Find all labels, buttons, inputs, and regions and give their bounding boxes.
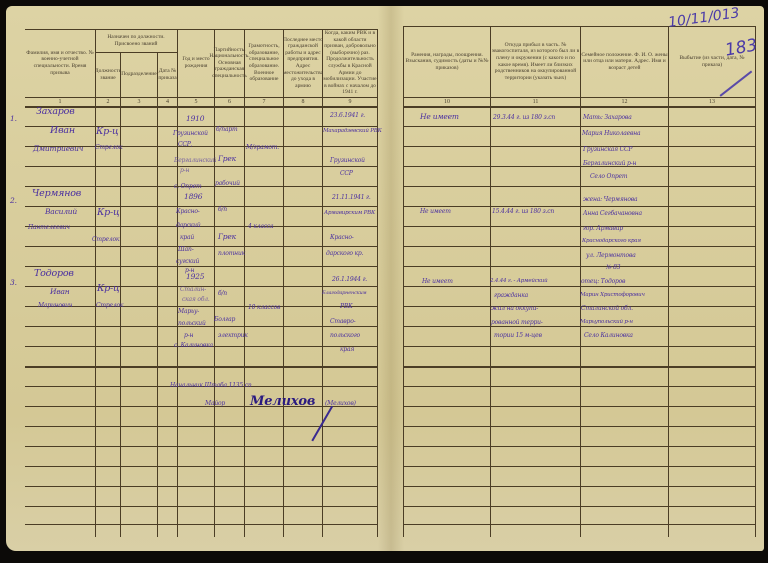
header-group-assignment: Назначен по должности. Присвоено званий	[96, 30, 176, 52]
col-number: 10	[404, 99, 490, 105]
family-address: № 83	[606, 264, 620, 271]
family-relation: отец: Тодоров	[581, 278, 625, 285]
unit: Стрелок	[95, 144, 122, 151]
header-col-3: Подразделение	[121, 53, 157, 96]
header-col-4: Дата № приказа	[158, 53, 177, 96]
patronymic: Пантелеевич	[28, 224, 70, 231]
surname: Захаров	[36, 106, 75, 117]
birth-place: Красно-	[176, 208, 200, 215]
family-name: Мария Николаевна	[582, 130, 640, 137]
col-number: 13	[669, 99, 755, 105]
first-name: Иван	[50, 125, 75, 136]
col-number: 4	[158, 99, 177, 105]
profession: плотник	[218, 250, 245, 257]
nationality: Болгар	[214, 316, 235, 323]
party: б/парт	[216, 126, 237, 133]
conscription-region: польского	[330, 332, 360, 339]
family-address: ул. Лермонтова	[586, 252, 636, 259]
conscription-office: Армавирским РВК	[324, 210, 375, 216]
birth-place: польский	[178, 320, 206, 327]
patronymic: Дмитриевич	[33, 144, 83, 153]
origin: 29.3.44 г. из 180 з.сп	[493, 114, 555, 121]
party: б/п	[218, 206, 227, 213]
origin: 2.4.44 г. - Армейский	[490, 278, 547, 284]
family-address: Село Калиновка	[584, 332, 633, 339]
family-address: Село Опрет	[590, 173, 627, 180]
position: Кр-ц	[96, 126, 118, 137]
family-address: Бергалинский р-н	[583, 160, 636, 167]
header-col-12: Семейное положение. Ф. И. О. жены или от…	[581, 27, 668, 96]
family-relation: жена: Чермянова	[583, 196, 637, 203]
birth-year: 1896	[184, 192, 202, 201]
origin: 15.4.44 г. из 180 з.сп	[492, 208, 554, 215]
conscription-office: РВК	[340, 303, 353, 310]
header-col-1: Фамилия, имя и отчество. № военно-учетно…	[26, 30, 94, 96]
header-col-11: Откуда прибыл в часть. № эвакогоспиталя,…	[491, 27, 580, 96]
birth-place: Шап-	[178, 246, 194, 253]
family-address: Марьупольский р-н	[580, 319, 633, 325]
col-number: 11	[491, 99, 580, 105]
conscription-region: ССР	[340, 170, 353, 177]
col-number: 3	[121, 99, 157, 105]
header-col-9: Когда, каким РВК и в какой области призв…	[323, 30, 377, 96]
conscription-region: края	[340, 346, 354, 353]
awards: Не имеет	[420, 112, 459, 121]
signature-scrawl: Мелихов	[250, 394, 315, 409]
birth-place: ская обл.	[182, 296, 210, 303]
family-address: Грузинская ССР	[583, 146, 632, 153]
first-name: Иван	[50, 287, 70, 296]
conscription-region: дарского кр.	[326, 250, 363, 257]
col-number: 9	[323, 99, 377, 105]
birth-place: край	[180, 234, 194, 241]
conscription-date: 21.11.1941 г.	[332, 194, 371, 201]
first-name: Василий	[45, 207, 77, 216]
col-number: 1	[26, 99, 94, 105]
unit: Стрелок	[96, 302, 123, 309]
header-col-10: Ранения, награды, поощрения. Взыскания, …	[404, 27, 490, 96]
header-col-2: Должность звание	[96, 53, 120, 96]
education: 4 класса	[248, 223, 273, 230]
birth-place: сугский	[176, 258, 199, 265]
birth-place: р-н	[184, 332, 193, 339]
conscription-office: Благодарненским	[322, 290, 366, 296]
awards: Не имеет	[420, 208, 451, 215]
header-col-8: Последнее место гражданской работы и адр…	[284, 30, 322, 96]
patronymic: Маринович	[38, 302, 72, 309]
surname: Тодоров	[34, 268, 74, 279]
col-number: 7	[245, 99, 283, 105]
signatory-title: Начальник Штаба 1135 сп	[170, 382, 252, 389]
birth-place: Сталин-	[180, 286, 206, 293]
birth-year: 1925	[186, 272, 204, 281]
col-number: 6	[215, 99, 244, 105]
birth-place: Грузинской	[173, 130, 208, 137]
header-col-6: Партийность. Национальность. Основная гр…	[215, 30, 244, 96]
col-number: 5	[178, 99, 214, 105]
birth-place: с. Калиновка	[174, 342, 213, 349]
position: Кр-ц	[97, 207, 119, 218]
col-number: 8	[284, 99, 322, 105]
origin-note: гражданка	[494, 292, 528, 299]
record-index: 2.	[10, 196, 17, 205]
signatory-rank: Майор	[205, 400, 225, 407]
conscription-date: 26.1.1944 г.	[332, 276, 367, 283]
origin-note: рованной терри-	[491, 319, 543, 326]
birth-place: ССР,	[178, 141, 192, 148]
conscription-region: Грузинской	[330, 157, 365, 164]
birth-place: дарский	[176, 222, 201, 229]
education: 10 классов	[248, 304, 280, 311]
birth-place: с. Опрет	[174, 183, 201, 190]
birth-place: Бергалинский	[174, 157, 216, 164]
birth-year: 1910	[186, 114, 204, 123]
conscription-date: 23.6.1941 г.	[330, 112, 365, 119]
record-index: 3.	[10, 278, 17, 287]
education: М/грамот.	[246, 144, 279, 151]
signatory-name: (Мелихов)	[325, 400, 356, 407]
col-number: 12	[581, 99, 668, 105]
profession: электрик	[218, 332, 248, 339]
unit: Стрелок	[92, 236, 119, 243]
header-col-7: Грамотность, образование, специальное об…	[245, 30, 283, 96]
family-name: Марин Христофорович	[580, 292, 645, 298]
conscription-office: Махарадзевский РВК	[323, 128, 382, 134]
family-name: Анна Сегбачановна	[583, 210, 642, 217]
surname: Чермянов	[32, 188, 81, 199]
record-index: 1.	[10, 114, 17, 123]
family-relation: Мать: Захарова	[583, 114, 632, 121]
col-number: 2	[96, 99, 120, 105]
family-address: гор. Армавир	[583, 225, 623, 232]
conscription-region: Ставро-	[330, 318, 355, 325]
birth-place: р-н	[180, 167, 189, 174]
profession: рабочий	[215, 180, 240, 187]
party: б/п	[218, 290, 227, 297]
birth-place: Марьу-	[178, 308, 199, 315]
page-fold	[378, 6, 404, 551]
conscription-region: Красно-	[330, 234, 354, 241]
family-address: Сталинской обл.	[581, 305, 633, 312]
nationality: Грек	[218, 154, 236, 163]
awards: Не имеет	[422, 278, 453, 285]
family-address: Краснодарского края	[582, 238, 641, 244]
origin-note: тории 15 м-цев	[494, 332, 542, 339]
nationality: Грек	[218, 232, 236, 241]
position: Кр-ц	[97, 283, 119, 294]
origin-note: жил на оккупи-	[491, 305, 538, 312]
